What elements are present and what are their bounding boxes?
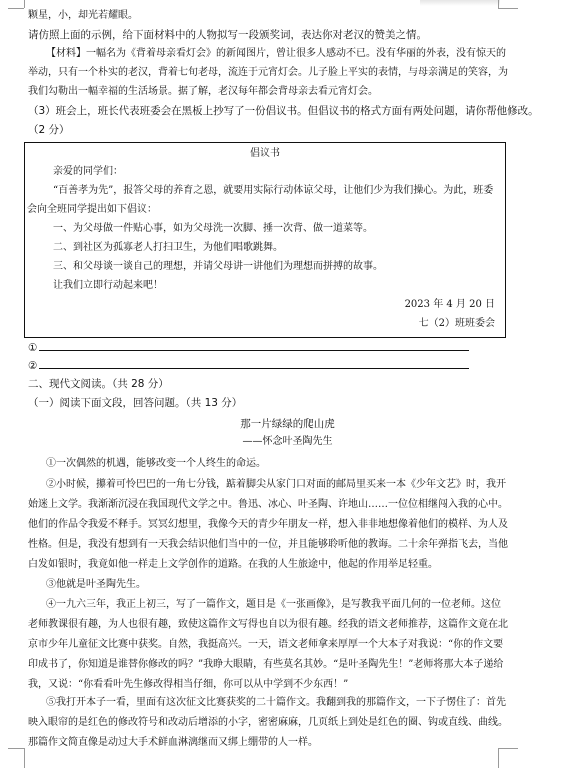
crop-mark-top-left [24, 0, 25, 8]
crop-mark-bottom-right-h [498, 748, 518, 749]
continuation-line: 颗星，小，却光若耀眼。 [28, 9, 138, 23]
paragraph-line: 那篇作文简直像是动过大手术鲜血淋漓继而又绑上绷带的人一样。 [28, 736, 318, 750]
proposal-item: 一、为父母做一件贴心事，如为父母洗一次脚、捶一次背、做一道菜等。 [53, 222, 373, 236]
proposal-title: 倡议书 [25, 147, 505, 161]
proposal-body-line: 会向全班同学提出如下倡议： [27, 203, 157, 217]
question-3: （3）班会上，班长代表班委会在黑板上抄写了一份倡议书。但倡议书的格式方面有两处问… [28, 104, 539, 118]
paragraph-line: 老师教课很有趣，为人也很有趣，致使这篇作文写得也自以为很有趣。经我的语文老师推荐… [28, 618, 508, 632]
crop-mark-top-left-h [8, 8, 24, 9]
toolbar-shadow [420, 0, 500, 6]
proposal-greeting: 亲爱的同学们： [53, 165, 123, 179]
crop-mark-bottom-left [24, 748, 25, 768]
proposal-item: 二、到社区为孤寡老人打扫卫生，为他们唱歌跳舞。 [53, 241, 283, 255]
crop-mark-top-right [498, 0, 499, 8]
subsection-heading: （一）阅读下面文段，回答问题。（共 13 分） [28, 396, 242, 410]
blank-marker: ① [28, 342, 37, 354]
article-title: 那一片绿绿的爬山虎 [0, 417, 575, 431]
paragraph-line: ①一次偶然的机遇，能够改变一个人终生的命运。 [46, 457, 266, 471]
paragraph-line: 他们的作品令我爱不释手。冥冥幻想里，我像今天的青少年朋友一样，想入非非地想像着他… [28, 518, 508, 532]
document-page: 颗星，小，却光若耀眼。 请仿照上面的示例，给下面材料中的人物拟写一段颁奖词，表达… [0, 0, 575, 768]
question-3-score: （2 分） [28, 123, 70, 137]
paragraph-line: ③他就是叶圣陶先生。 [46, 578, 146, 592]
material-line: 【材料】一幅名为《背着母亲看灯会》的新闻图片，曾让很多人感动不已。没有华丽的外表… [46, 47, 506, 61]
paragraph-line: 京市少年儿童征文比赛中获奖。自然，我挺高兴。一天，语文老师拿来厚厚一个大本子对我… [28, 638, 503, 652]
paragraph-line: 白发如银时，我竟如他一样走上文学创作的道路。在我的人生旅途中，他起的作用举足轻重… [28, 558, 438, 572]
paragraph-line: 性格。但是，我没有想到有一天我会结识他们当中的一位，并且能够聆听他的教诲。二十余… [28, 538, 508, 552]
proposal-signature: 七（2）班班委会 [419, 317, 495, 331]
article-subtitle: ——怀念叶圣陶先生 [0, 435, 575, 449]
paragraph-line: 我，又说：“你看看叶先生修改得相当仔细，你可以从中学到不少东西！” [28, 678, 348, 692]
material-line: 举动，只有一个朴实的老汉，背着七旬老母，流连于元宵灯会。儿子脸上平实的表情，与母… [28, 66, 508, 80]
paragraph-line: ④一九六三年，我正上初三，写了一篇作文，题目是《一张画像》，是写教我平面几何的一… [46, 598, 501, 612]
paragraph-line: ②小时候，攥着可怜巴巴的一角七分钱，踮着脚尖从家门口对面的邮局里买来一本《少年文… [46, 478, 506, 492]
crop-mark-bottom-right [498, 748, 499, 768]
answer-blank-1[interactable]: ① [28, 340, 469, 355]
answer-line[interactable] [39, 340, 469, 351]
proposal-box: 倡议书 亲爱的同学们： “百善孝为先”，报答父母的养育之恩，就要用实际行动体谅父… [24, 142, 506, 338]
crop-mark-bottom-left-h [8, 748, 24, 749]
answer-line[interactable] [39, 358, 469, 369]
proposal-date: 2023 年 4 月 20 日 [405, 298, 495, 312]
paragraph-line: 映入眼帘的是红色的修改符号和改动后增添的小字，密密麻麻，几页纸上到处是红色的圈、… [28, 716, 508, 730]
instruction-2: 请仿照上面的示例，给下面材料中的人物拟写一段颁奖词，表达你对老汉的赞美之情。 [28, 28, 427, 42]
section-heading: 二、现代文阅读。（共 28 分） [28, 377, 169, 391]
paragraph-line: 始迷上文学。我渐渐沉浸在我国现代文学之中。鲁迅、冰心、叶圣陶、许地山……一位位相… [28, 498, 508, 512]
answer-blank-2[interactable]: ② [28, 358, 469, 373]
proposal-body-line: “百善孝为先”，报答父母的养育之恩，就要用实际行动体谅父母，让他们少为我们操心。… [53, 184, 493, 198]
crop-mark-top-right-h [498, 8, 518, 9]
blank-marker: ② [28, 360, 37, 372]
paragraph-line: ⑤我打开本子一看，里面有这次征文比赛获奖的二十篇作文。我翻到我的那篇作文，一下子… [46, 696, 506, 710]
paragraph-line: 印成书了，你知道是谁替你修改的吗？”我睁大眼睛，有些莫名其妙。“是叶圣陶先生！”… [28, 658, 503, 672]
material-line: 我们勾勒出一幅幸福的生活场景。据了解，老汉每年都会背母亲去看元宵灯会。 [28, 85, 378, 99]
proposal-item: 三、和父母谈一谈自己的理想，并请父母讲一讲他们为理想而拼搏的故事。 [53, 260, 383, 274]
proposal-closing: 让我们立即行动起来吧！ [53, 279, 163, 293]
